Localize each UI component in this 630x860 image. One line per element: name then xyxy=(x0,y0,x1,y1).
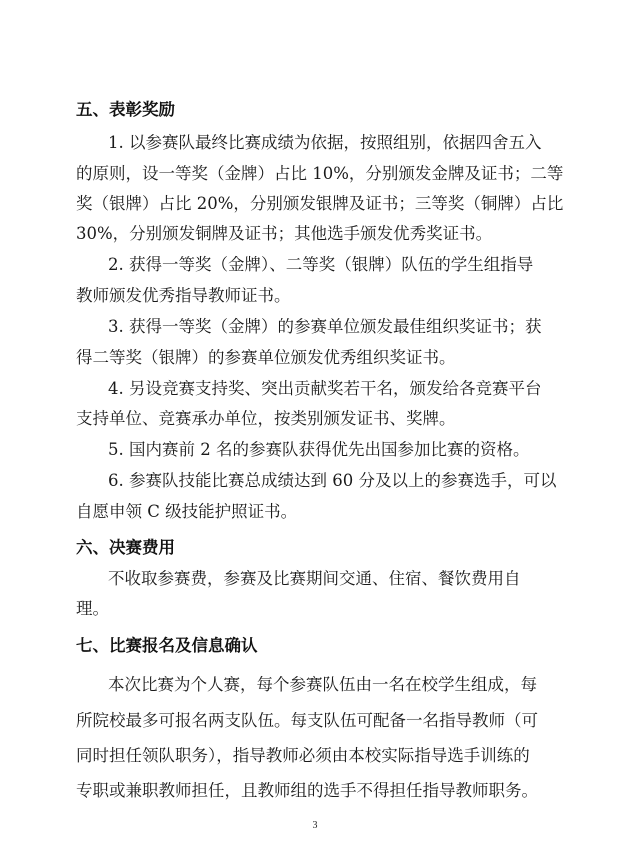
paragraph-line: 理。 xyxy=(76,599,109,619)
page-number: 3 xyxy=(0,820,630,831)
paragraph-line: 不收取参赛费，参赛及比赛期间交通、住宿、餐饮费用自 xyxy=(108,569,521,589)
paragraph-line: 得二等奖（银牌）的参赛单位颁发优秀组织奖证书。 xyxy=(76,348,456,368)
paragraph-line: 5. 国内赛前 2 名的参赛队获得优先出国参加比赛的资格。 xyxy=(108,440,529,460)
paragraph-line: 自愿申领 C 级技能护照证书。 xyxy=(76,502,297,522)
paragraph-line: 所院校最多可报名两支队伍。每支队伍可配备一名指导教师（可 xyxy=(76,711,538,731)
paragraph-line: 30%，分别颁发铜牌及证书；其他选手颁发优秀奖证书。 xyxy=(76,224,492,244)
paragraph-line: 4. 另设竞赛支持奖、突出贡献奖若干名，颁发给各竞赛平台 xyxy=(108,379,542,399)
document-page: 五、表彰奖励 1. 以参赛队最终比赛成绩为依据，按照组别，依据四舍五入 的原则，… xyxy=(0,0,630,860)
paragraph-line: 6. 参赛队技能比赛总成绩达到 60 分及以上的参赛选手，可以 xyxy=(108,471,556,491)
paragraph-line: 奖（银牌）占比 20%，分别颁发银牌及证书；三等奖（铜牌）占比 xyxy=(76,194,563,214)
paragraph-line: 专职或兼职教师担任，且教师组的选手不得担任指导教师职务。 xyxy=(76,781,538,801)
paragraph-line: 支持单位、竞赛承办单位，按类别颁发证书、奖牌。 xyxy=(76,409,456,429)
paragraph-line: 同时担任领队职务），指导教师必须由本校实际指导选手训练的 xyxy=(76,746,530,766)
section-heading-fees: 六、决赛费用 xyxy=(76,538,175,558)
paragraph-line: 教师颁发优秀指导教师证书。 xyxy=(76,286,291,306)
paragraph-line: 2. 获得一等奖（金牌）、二等奖（银牌）队伍的学生组指导 xyxy=(108,255,533,275)
paragraph-line: 3. 获得一等奖（金牌）的参赛单位颁发最佳组织奖证书；获 xyxy=(108,317,542,337)
paragraph-line: 的原则，设一等奖（金牌）占比 10%，分别颁发金牌及证书；二等 xyxy=(76,164,563,184)
paragraph-line: 1. 以参赛队最终比赛成绩为依据，按照组别，依据四舍五入 xyxy=(108,133,542,153)
paragraph-line: 本次比赛为个人赛，每个参赛队伍由一名在校学生组成，每 xyxy=(108,675,537,695)
section-heading-registration: 七、比赛报名及信息确认 xyxy=(76,636,258,656)
section-heading-awards: 五、表彰奖励 xyxy=(76,100,175,120)
